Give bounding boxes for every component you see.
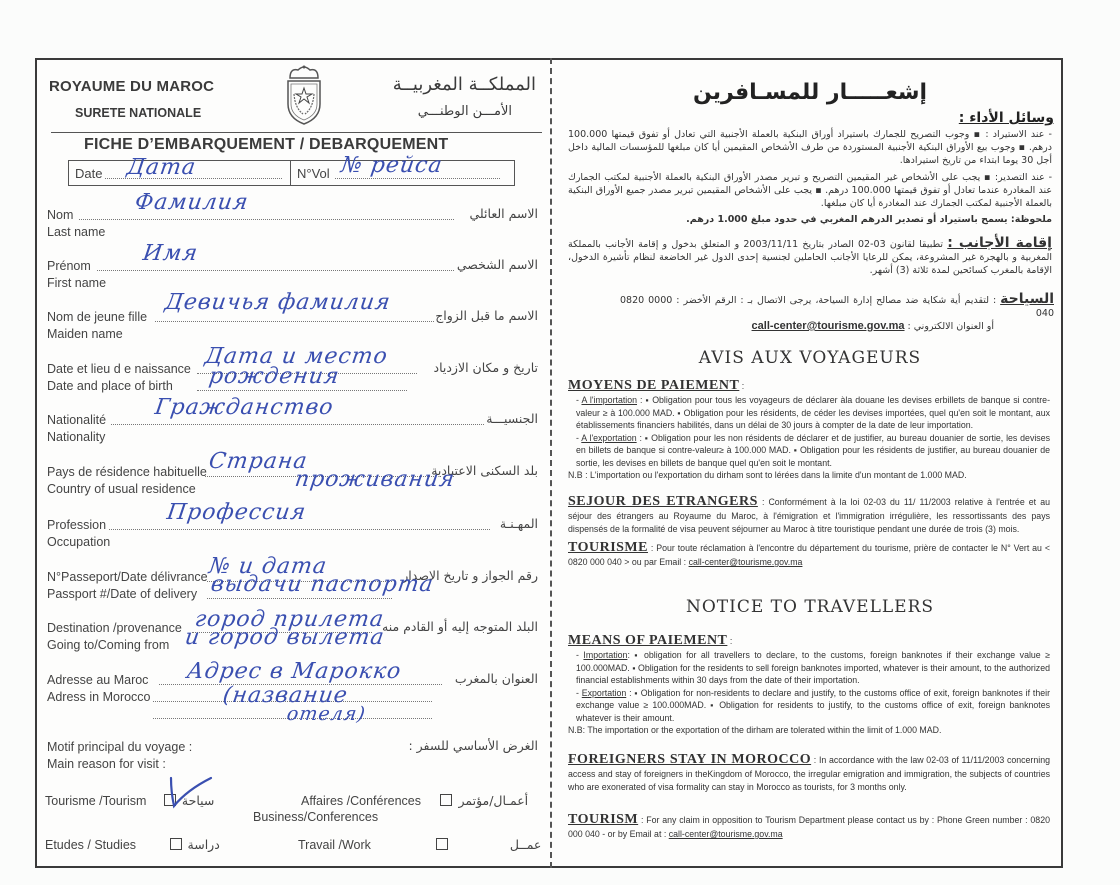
stay-section-en: FOREIGNERS STAY IN MOROCCO : In accordan… xyxy=(568,752,1050,793)
cut-line-divider xyxy=(550,58,552,868)
date-field[interactable]: Date Дата xyxy=(69,161,291,185)
embarkation-form: ROYAUME DU MAROC SURETE NATIONALE المملك… xyxy=(37,60,548,866)
nationality-label-fr: Nationalité xyxy=(47,413,106,427)
notice-title-en: NOTICE TO TRAVELLERS xyxy=(560,597,1060,617)
last-name-label-ar: الاسم العائلي xyxy=(469,206,538,221)
form-title: FICHE D’EMBARQUEMENT / DEBARQUEMENT xyxy=(84,136,448,154)
address-value-line3: отеля) xyxy=(285,703,367,725)
maiden-name-label-en: Maiden name xyxy=(47,327,123,341)
business-checkbox[interactable] xyxy=(440,794,452,806)
traveller-notice: إشعـــــار للمسـافرين وسائل الأداء : - ع… xyxy=(560,60,1060,866)
agency-name-fr: SURETE NATIONALE xyxy=(75,106,201,120)
payment-import-ar: - عند الاستيراد : ▪ وجوب التصريح للجمارك… xyxy=(568,128,1052,167)
destination-label-fr: Destination /provenance xyxy=(47,621,182,635)
date-label: Date xyxy=(75,166,102,181)
stay-heading-fr: SEJOUR DES ETRANGERS xyxy=(568,494,758,509)
nationality-label-en: Nationality xyxy=(47,430,105,444)
reason-label-ar: الغرض الأساسي للسفر : xyxy=(408,738,538,753)
destination-label-ar: البلد المتوجه إليه أو القادم منه xyxy=(382,619,538,634)
tourism-heading-fr: TOURISME xyxy=(568,540,648,555)
address-value-line1: Адрес в Марокко xyxy=(185,659,403,684)
tourism-heading-ar: السياحة xyxy=(1000,291,1054,307)
tourism-email-link-ar[interactable]: call-center@tourisme.gov.ma xyxy=(752,320,905,332)
flight-label: N°Vol xyxy=(297,166,330,181)
maiden-name-label-fr: Nom de jeune fille xyxy=(47,310,147,324)
last-name-label-fr: Nom xyxy=(47,208,73,222)
first-name-label-en: First name xyxy=(47,276,106,290)
import-text-fr: : ▪ Obligation pour tous les voyageurs d… xyxy=(576,395,1050,430)
address-label-en: Adress in Morocco xyxy=(47,690,151,704)
reason-label-en: Main reason for visit : xyxy=(47,757,166,771)
birth-value-line2: рождения xyxy=(207,364,341,389)
header-rule xyxy=(51,132,542,133)
note-en: N.B: The importation or the exportation … xyxy=(568,725,941,735)
tourism-text-en: : For any claim in opposition to Tourism… xyxy=(568,815,1050,839)
tourism-email-label-ar: أو العنوان الالكتروني : xyxy=(908,321,994,332)
coat-of-arms-icon xyxy=(284,64,324,126)
first-name-label-ar: الاسم الشخصي xyxy=(457,257,538,272)
notice-title-ar: إشعـــــار للمسـافرين xyxy=(560,80,1060,105)
last-name-field[interactable]: Nom Last name الاسم العائلي Фамилия xyxy=(47,208,542,252)
checkmark-icon xyxy=(165,774,215,810)
address-label-fr: Adresse au Maroc xyxy=(47,673,148,687)
profession-label-fr: Profession xyxy=(47,518,106,532)
profession-label-ar: المهـنـة xyxy=(500,516,538,531)
tourism-section-fr: TOURISME : Pour toute réclamation à l'en… xyxy=(568,540,1050,569)
last-name-label-en: Last name xyxy=(47,225,105,239)
last-name-value: Фамилия xyxy=(133,190,250,215)
payment-section-en: MEANS OF PAIEMENT : - Importation: ▪ obl… xyxy=(568,633,1050,737)
stay-section-fr: SEJOUR DES ETRANGERS : Conformément à la… xyxy=(568,494,1050,535)
residence-label-fr: Pays de résidence habituelle xyxy=(47,465,207,479)
residence-value-line1: Страна xyxy=(207,449,309,474)
payment-note-ar: ملحوظة: يسمح باستيراد أو تصدير الدرهم ال… xyxy=(568,213,1052,226)
reason-option-business[interactable]: Affaires /Conférences أعمـال/مؤتمر xyxy=(301,793,528,808)
flight-number-field[interactable]: N°Vol № рейса xyxy=(291,161,514,185)
reason-option-business-en: Business/Conferences xyxy=(253,810,378,824)
destination-label-en: Going to/Coming from xyxy=(47,638,169,652)
stay-section-ar: إقامة الأجانب : تطبيقا لقانون 03-02 الصا… xyxy=(568,235,1052,277)
notice-title-fr: AVIS AUX VOYAGEURS xyxy=(560,348,1060,368)
stay-heading-en: FOREIGNERS STAY IN MOROCCO xyxy=(568,752,811,767)
residence-label-en: Country of usual residence xyxy=(47,482,196,496)
maiden-name-value: Девичья фамилия xyxy=(163,290,392,315)
stay-heading-ar: إقامة الأجانب : xyxy=(947,235,1052,251)
agency-name-ar: الأمـــن الوطنـــي xyxy=(418,104,512,119)
country-name-ar: المملكــة المغربيــة xyxy=(393,74,536,95)
tourism-email-link-en[interactable]: call-center@tourisme.gov.ma xyxy=(669,829,783,839)
reason-label-fr: Motif principal du voyage : xyxy=(47,740,192,754)
note-fr: N.B : L'importation ou l'exportation du … xyxy=(568,470,967,480)
country-name-fr: ROYAUME DU MAROC xyxy=(49,78,214,95)
passport-label-en: Passport #/Date of delivery xyxy=(47,587,197,601)
tourism-section-ar: السياحة : لتقديم أية شكاية ضد مصالح إدار… xyxy=(620,291,1054,333)
birth-label-en: Date and place of birth xyxy=(47,379,173,393)
tourism-text-ar: : لتقديم أية شكاية ضد مصالح إدارة السياح… xyxy=(676,295,996,306)
residence-value-line2: проживания xyxy=(293,467,456,492)
nationality-value: Гражданство xyxy=(153,395,335,420)
import-text-en: : ▪ obligation for all travellers to dec… xyxy=(576,650,1050,685)
profession-label-en: Occupation xyxy=(47,535,110,549)
maiden-name-label-ar: الاسم ما قبل الزواج xyxy=(435,308,538,323)
address-label-ar: العنوان بالمغرب xyxy=(455,671,538,686)
passport-label-fr: N°Passeport/Date délivrance xyxy=(47,570,208,584)
payment-heading-en: MEANS OF PAIEMENT xyxy=(568,633,727,648)
reason-heading: Motif principal du voyage : Main reason … xyxy=(47,740,542,784)
birth-label-ar: تاريخ و مكان الازدياد xyxy=(434,360,538,375)
address-field[interactable]: Adresse au Maroc Adress in Morocco العنو… xyxy=(47,673,542,743)
reason-option-studies[interactable]: Etudes / Studies دراسة xyxy=(45,837,220,852)
payment-heading-fr: MOYENS DE PAIEMENT xyxy=(568,378,739,393)
payment-export-ar: - عند التصدير: ▪ يجب على الأشخاص غير الم… xyxy=(568,171,1052,210)
tourism-heading-en: TOURISM xyxy=(568,812,638,827)
nationality-label-ar: الجنسيـــة xyxy=(486,411,538,426)
export-text-fr: : ▪ Obligation pour les non résidents de… xyxy=(576,433,1050,468)
first-name-value: Имя xyxy=(141,241,200,266)
first-name-label-fr: Prénom xyxy=(47,259,91,273)
destination-value-line2: и город вылета xyxy=(183,625,386,650)
export-text-en: : ▪ Obligation for non-residents to decl… xyxy=(576,688,1050,723)
date-flight-box: Date Дата N°Vol № рейса xyxy=(68,160,515,186)
payment-section-fr: MOYENS DE PAIEMENT : - A l'importation :… xyxy=(568,378,1050,482)
reason-option-work[interactable]: Travail /Work عمــل xyxy=(298,837,541,852)
profession-value: Профессия xyxy=(165,500,308,525)
work-checkbox[interactable] xyxy=(436,838,448,850)
birth-label-fr: Date et lieu d e naissance xyxy=(47,362,191,376)
date-value: Дата xyxy=(125,155,197,180)
studies-checkbox[interactable] xyxy=(170,838,182,850)
tourism-section-en: TOURISM : For any claim in opposition to… xyxy=(568,812,1050,841)
tourism-email-link-fr[interactable]: call-center@tourisme.gov.ma xyxy=(689,557,803,567)
payment-heading-ar: وسائل الأداء : xyxy=(959,110,1054,126)
flight-number-value: № рейса xyxy=(339,153,444,178)
passport-value-line2: выдачи паспорта xyxy=(209,572,435,597)
